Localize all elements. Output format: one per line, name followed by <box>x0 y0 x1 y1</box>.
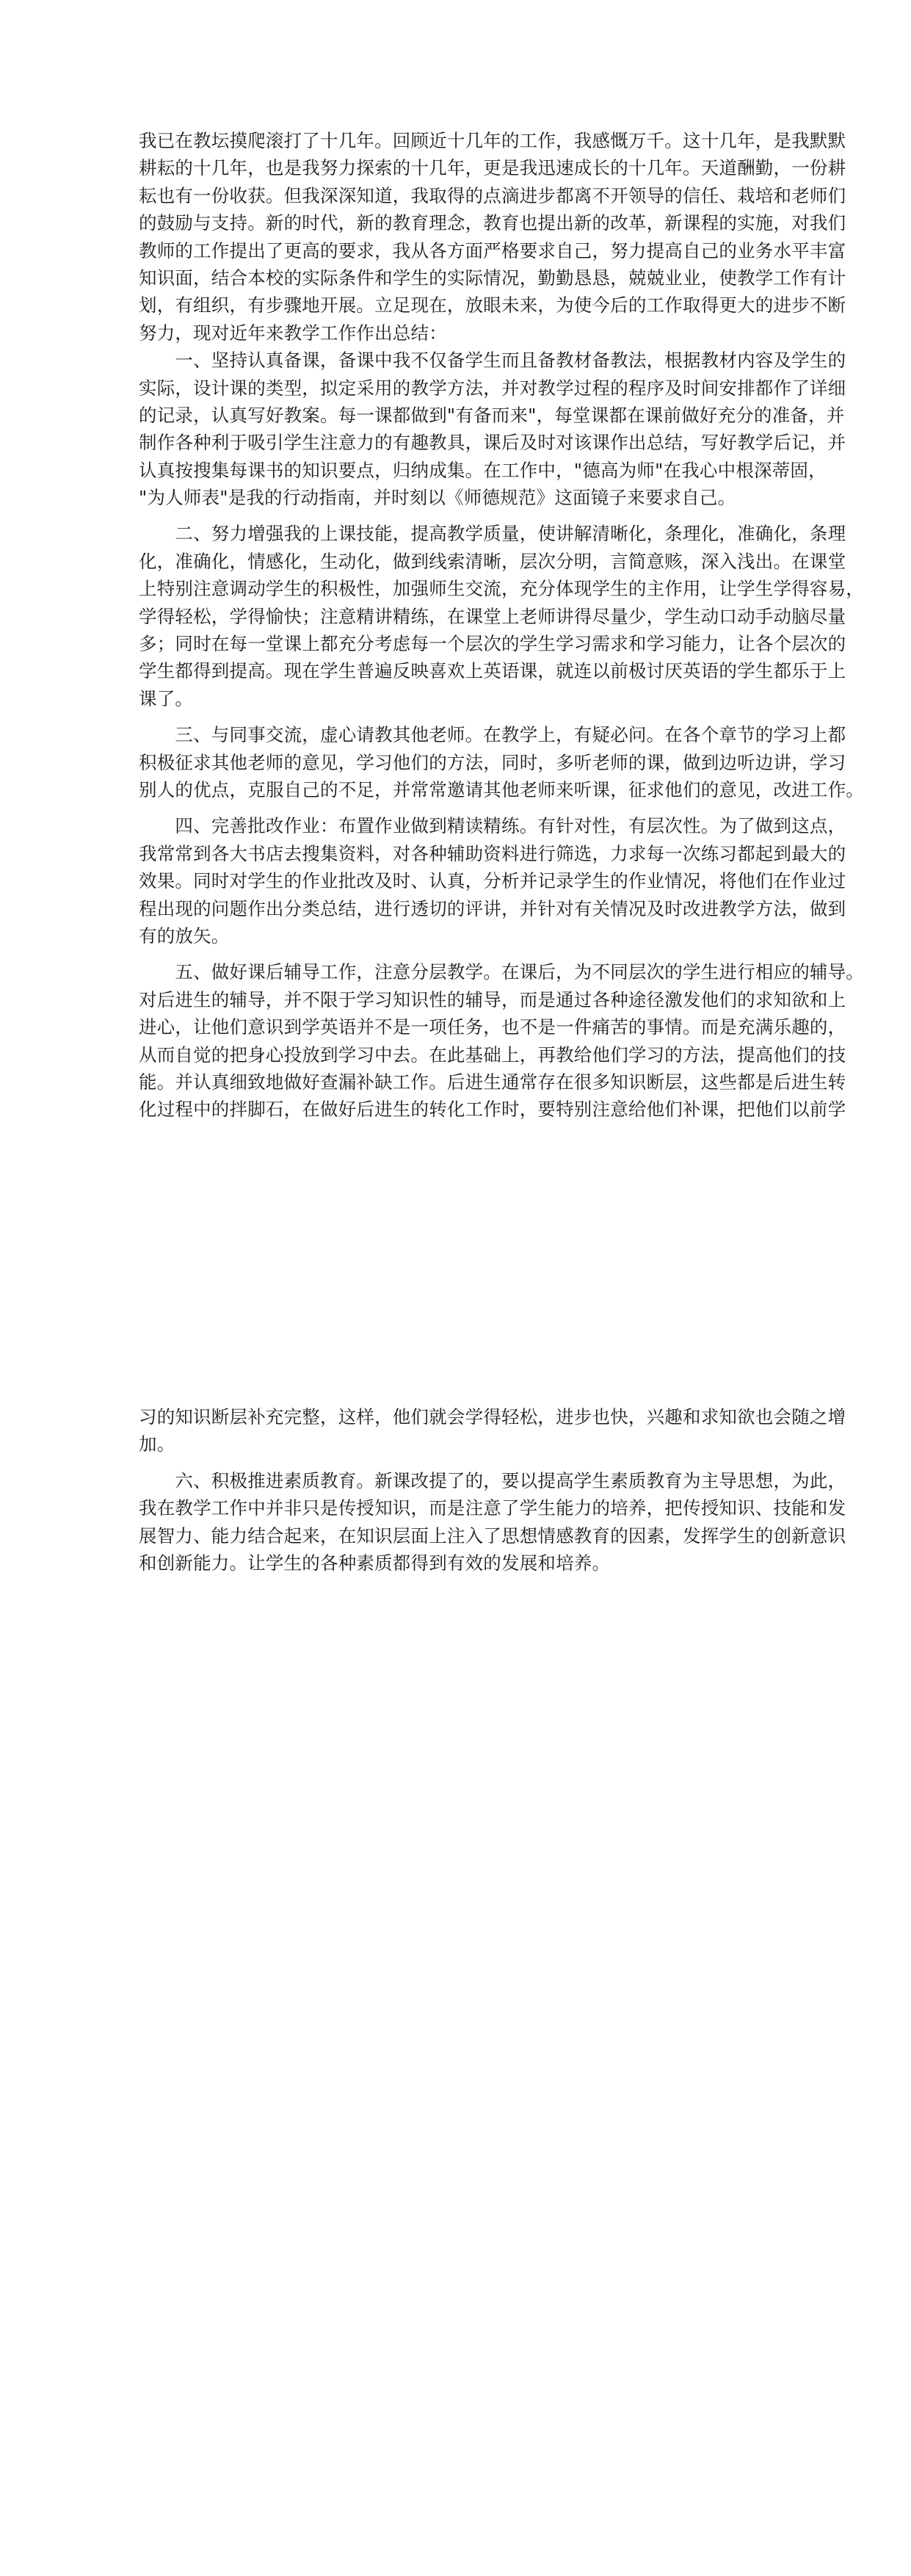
text-line: 进心，让他们意识到学英语并不是一项任务，也不是一件痛苦的事情。而是充满乐趣的， <box>139 1013 770 1041</box>
text-line: 化过程中的拌脚石，在做好后进生的转化工作时，要特别注意给他们补课，把他们以前学 <box>139 1096 770 1123</box>
text-line: 实际，设计课的类型，拟定采用的教学方法，并对教学过程的程序及时间安排都作了详细 <box>139 375 770 402</box>
text-line: 和创新能力。让学生的各种素质都得到有效的发展和培养。 <box>139 1549 770 1577</box>
text-line: 教师的工作提出了更高的要求，我从各方面严格要求自己，努力提高自己的业务水平丰富 <box>139 237 770 264</box>
text-line: 从而自觉的把身心投放到学习中去。在此基础上，再教给他们学习的方法，提高他们的技 <box>139 1041 770 1068</box>
text-line: 的鼓励与支持。新的时代，新的教育理念，教育也提出新的改革，新课程的实施，对我们 <box>139 209 770 236</box>
text-line: 四、完善批改作业：布置作业做到精读精练。有针对性，有层次性。为了做到这点， <box>139 812 770 839</box>
text-line: 二、努力增强我的上课技能，提高教学质量，使讲解清晰化，条理化，准确化，条理 <box>139 520 770 547</box>
text-line: 加。 <box>139 1430 770 1458</box>
text-line: 展智力、能力结合起来，在知识层面上注入了思想情感教育的因素，发挥学生的创新意识 <box>139 1522 770 1549</box>
paragraph: 习的知识断层补充完整，这样，他们就会学得轻松，进步也快，兴趣和求知欲也会随之增加… <box>139 1403 770 1458</box>
text-line: 三、与同事交流，虚心请教其他老师。在教学上，有疑必问。在各个章节的学习上都 <box>139 721 770 748</box>
text-line: 上特别注意调动学生的积极性，加强师生交流，充分体现学生的主作用，让学生学得容易， <box>139 575 770 602</box>
paragraph: 五、做好课后辅导工作，注意分层教学。在课后，为不同层次的学生进行相应的辅导。对后… <box>139 958 770 1123</box>
text-line: 积极征求其他老师的意见，学习他们的方法，同时，多听老师的课，做到边听边讲，学习 <box>139 749 770 776</box>
text-line: 知识面，结合本校的实际条件和学生的实际情况，勤勤恳恳，兢兢业业，使教学工作有计 <box>139 264 770 292</box>
text-line: "为人师表"是我的行动指南，并时刻以《师德规范》这面镜子来要求自己。 <box>139 484 770 511</box>
text-line: 六、积极推进素质教育。新课改提了的，要以提高学生素质教育为主导思想，为此， <box>139 1467 770 1494</box>
paragraph: 六、积极推进素质教育。新课改提了的，要以提高学生素质教育为主导思想，为此，我在教… <box>139 1467 770 1577</box>
text-line: 程出现的问题作出分类总结，进行透切的评讲，并针对有关情况及时改进教学方法，做到 <box>139 895 770 922</box>
paragraph: 四、完善批改作业：布置作业做到精读精练。有针对性，有层次性。为了做到这点，我常常… <box>139 812 770 949</box>
text-line: 课了。 <box>139 685 770 712</box>
text-line: 制作各种利于吸引学生注意力的有趣教具，课后及时对该课作出总结，写好教学后记，并 <box>139 429 770 456</box>
paragraph: 二、努力增强我的上课技能，提高教学质量，使讲解清晰化，条理化，准确化，条理化，准… <box>139 520 770 712</box>
text-line: 效果。同时对学生的作业批改及时、认真，分析并记录学生的作业情况，将他们在作业过 <box>139 867 770 894</box>
text-line: 多；同时在每一堂课上都充分考虑每一个层次的学生学习需求和学习能力，让各个层次的 <box>139 630 770 657</box>
text-line: 能。并认真细致地做好查漏补缺工作。后进生通常存在很多知识断层，这些都是后进生转 <box>139 1068 770 1096</box>
text-line: 化，准确化，情感化，生动化，做到线索清晰，层次分明，言简意赅，深入浅出。在课堂 <box>139 548 770 575</box>
text-line: 五、做好课后辅导工作，注意分层教学。在课后，为不同层次的学生进行相应的辅导。 <box>139 958 770 985</box>
text-line: 有的放矢。 <box>139 922 770 949</box>
text-line: 我已在教坛摸爬滚打了十几年。回顾近十几年的工作，我感慨万千。这十几年，是我默默 <box>139 127 770 154</box>
document-page-1-text: 我已在教坛摸爬滚打了十几年。回顾近十几年的工作，我感慨万千。这十几年，是我默默耕… <box>139 127 770 1132</box>
text-line: 努力，现对近年来教学工作作出总结： <box>139 319 770 347</box>
text-line: 我常常到各大书店去搜集资料，对各种辅助资料进行筛选，力求每一次练习都起到最大的 <box>139 840 770 867</box>
text-line: 我在教学工作中并非只是传授知识，而是注意了学生能力的培养，把传授知识、技能和发 <box>139 1494 770 1522</box>
text-line: 习的知识断层补充完整，这样，他们就会学得轻松，进步也快，兴趣和求知欲也会随之增 <box>139 1403 770 1430</box>
text-line: 对后进生的辅导，并不限于学习知识性的辅导，而是通过各种途径激发他们的求知欲和上 <box>139 986 770 1013</box>
text-line: 学得轻松，学得愉快；注意精讲精练，在课堂上老师讲得尽量少，学生动口动手动脑尽量 <box>139 603 770 630</box>
text-line: 耕耘的十几年，也是我努力探索的十几年，更是我迅速成长的十几年。天道酬勤，一份耕 <box>139 154 770 181</box>
paragraph: 三、与同事交流，虚心请教其他老师。在教学上，有疑必问。在各个章节的学习上都积极征… <box>139 721 770 803</box>
text-line: 的记录，认真写好教案。每一课都做到"有备而来"，每堂课都在课前做好充分的准备，并 <box>139 402 770 429</box>
text-line: 学生都得到提高。现在学生普遍反映喜欢上英语课，就连以前极讨厌英语的学生都乐于上 <box>139 657 770 684</box>
text-line: 划，有组织，有步骤地开展。立足现在，放眼未来，为使今后的工作取得更大的进步不断 <box>139 292 770 319</box>
document-page-2-text: 习的知识断层补充完整，这样，他们就会学得轻松，进步也快，兴趣和求知欲也会随之增加… <box>139 1403 770 1585</box>
text-line: 一、坚持认真备课，备课中我不仅备学生而且备教材备教法，根据教材内容及学生的 <box>139 347 770 374</box>
text-line: 认真按搜集每课书的知识要点，归纳成集。在工作中，"德高为师"在我心中根深蒂固， <box>139 457 770 484</box>
text-line: 别人的优点，克服自己的不足，并常常邀请其他老师来听课，征求他们的意见，改进工作。 <box>139 776 770 803</box>
paragraph: 我已在教坛摸爬滚打了十几年。回顾近十几年的工作，我感慨万千。这十几年，是我默默耕… <box>139 127 770 511</box>
text-line: 耘也有一份收获。但我深深知道，我取得的点滴进步都离不开领导的信任、栽培和老师们 <box>139 182 770 209</box>
